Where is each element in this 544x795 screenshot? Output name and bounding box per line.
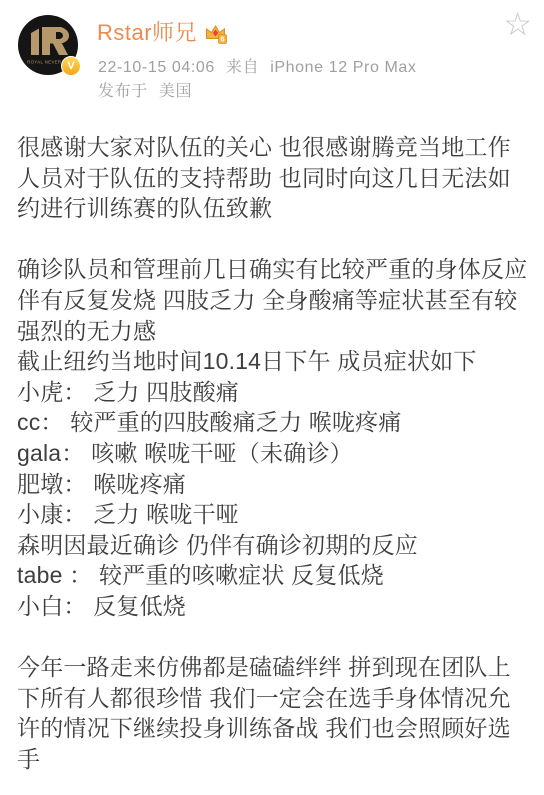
username[interactable]: Rstar师兄 (97, 20, 197, 46)
vip-crown-icon: 6 (204, 23, 227, 44)
avatar[interactable]: ROYAL NEVER G V (18, 15, 78, 75)
location-prefix: 发布于 (98, 83, 148, 100)
weibo-post-page: ROYAL NEVER G V Rstar师兄 6 22-10-15 04:06… (0, 0, 544, 795)
source-prefix: 来自 (226, 59, 259, 76)
source-device[interactable]: iPhone 12 Pro Max (270, 59, 416, 76)
vip-level-number: 6 (220, 34, 224, 43)
favorite-star-button[interactable]: ☆ (501, 6, 534, 42)
verified-v-icon: V (61, 56, 81, 76)
post-content: 很感谢大家对队伍的关心 也很感谢腾竞当地工作 人员对于队伍的支持帮助 也同时向这… (17, 132, 537, 774)
post-meta-row: 22-10-15 04:06 来自 iPhone 12 Pro Max (98, 57, 417, 79)
post-timestamp: 22-10-15 04:06 (98, 59, 215, 76)
location-value: 美国 (159, 83, 192, 100)
post-location-row: 发布于 美国 (98, 81, 192, 103)
username-row: Rstar师兄 6 (97, 20, 227, 46)
